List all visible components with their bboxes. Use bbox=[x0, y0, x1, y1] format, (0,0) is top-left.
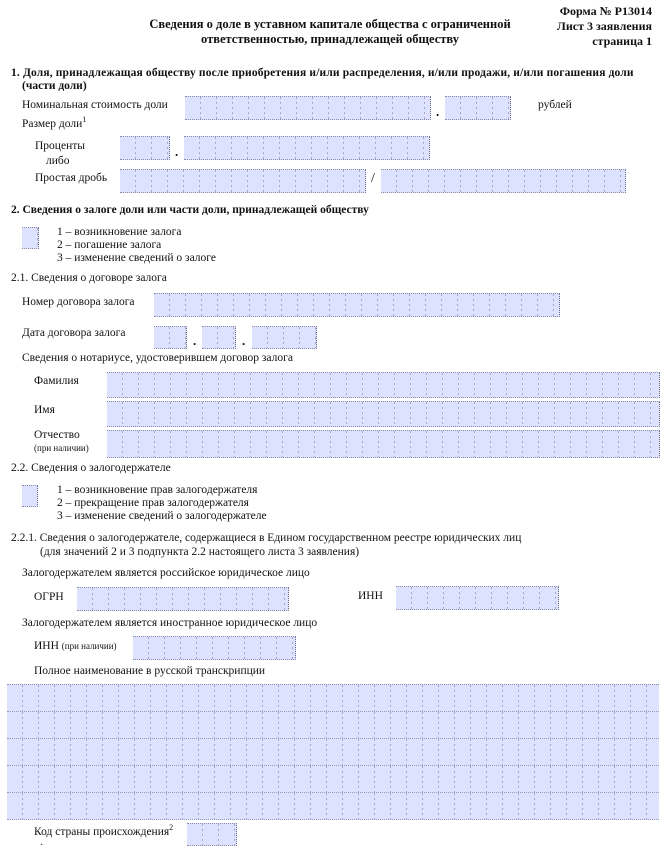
patronymic-label: Отчество bbox=[34, 429, 80, 441]
notary-heading: Сведения о нотариусе, удостоверившем дог… bbox=[22, 352, 293, 364]
surname-label: Фамилия bbox=[34, 375, 79, 387]
pledgee-code-field[interactable] bbox=[22, 485, 38, 507]
pledge-code-options: 1 – возникновение залога 2 – погашение з… bbox=[57, 226, 216, 265]
page-title-line-1: Сведения о доле в уставном капитале обще… bbox=[115, 17, 545, 32]
contract-date-label: Дата договора залога bbox=[22, 327, 125, 339]
pledgee-code-options: 1 – возникновение прав залогодержателя 2… bbox=[57, 484, 267, 523]
percent-label: Проценты bbox=[35, 140, 85, 152]
pledge-option-2: 2 – погашение залога bbox=[57, 239, 216, 252]
foreign-entity-label: Залогодержателем является иностранное юр… bbox=[22, 617, 317, 629]
section-2-1-heading: 2.1. Сведения о договоре залога bbox=[11, 272, 167, 284]
inn-field[interactable] bbox=[396, 586, 559, 610]
form-number-block: Форма № Р13014 Лист 3 заявления страница… bbox=[557, 4, 652, 49]
stray-dot: · bbox=[40, 840, 43, 851]
fraction-numerator-field[interactable] bbox=[120, 169, 366, 193]
name-label: Имя bbox=[34, 404, 55, 416]
contract-date-month-field[interactable] bbox=[202, 326, 236, 349]
russian-entity-label: Залогодержателем является российское юри… bbox=[22, 567, 310, 579]
pledgee-option-2: 2 – прекращение прав залогодержателя bbox=[57, 497, 267, 510]
percent-decimal-separator: . bbox=[175, 144, 178, 160]
sheet-label: Лист 3 заявления bbox=[557, 19, 652, 34]
fraction-slash: / bbox=[371, 171, 375, 187]
foreign-inn-text: ИНН bbox=[34, 640, 59, 652]
section-1-heading: 1. Доля, принадлежащая обществу после пр… bbox=[11, 67, 634, 79]
nominal-value-label: Номинальная стоимость доли bbox=[22, 99, 168, 111]
notary-name-field[interactable] bbox=[107, 401, 660, 427]
footnote-2-marker: 2 bbox=[169, 823, 173, 832]
country-code-label: Код страны происхождения2 bbox=[34, 826, 173, 838]
section-1-heading-cont: (части доли) bbox=[22, 80, 87, 92]
date-separator-2: . bbox=[242, 333, 245, 349]
nominal-decimal-separator: . bbox=[436, 104, 439, 120]
page-label: страница 1 bbox=[557, 34, 652, 49]
share-size-label: Размер доли1 bbox=[22, 118, 86, 130]
percent-fraction-field[interactable] bbox=[184, 136, 430, 160]
pledge-option-3: 3 – изменение сведений о залоге bbox=[57, 252, 216, 265]
section-2-2-1-subheading: (для значений 2 и 3 подпункта 2.2 настоя… bbox=[40, 546, 359, 558]
fraction-denominator-field[interactable] bbox=[381, 169, 626, 193]
contract-number-label: Номер договора залога bbox=[22, 296, 135, 308]
date-separator-1: . bbox=[193, 333, 196, 349]
section-1-heading-line-1: 1. Доля, принадлежащая обществу после пр… bbox=[11, 67, 634, 79]
or-label: либо bbox=[46, 155, 70, 167]
pledgee-option-3: 3 – изменение сведений о залогодержателе bbox=[57, 510, 267, 523]
notary-patronymic-field[interactable] bbox=[107, 430, 660, 458]
nominal-unit-label: рублей bbox=[538, 99, 572, 111]
contract-date-day-field[interactable] bbox=[154, 326, 187, 349]
foreign-inn-label: ИНН (при наличии) bbox=[34, 640, 117, 652]
contract-number-field[interactable] bbox=[154, 293, 560, 317]
simple-fraction-label: Простая дробь bbox=[35, 172, 107, 184]
section-2-2-heading: 2.2. Сведения о залогодержателе bbox=[11, 462, 171, 474]
country-code-text: Код страны происхождения bbox=[34, 826, 169, 838]
section-2-2-1-heading: 2.2.1. Сведения о залогодержателе, содер… bbox=[11, 532, 521, 544]
form-number: Форма № Р13014 bbox=[557, 4, 652, 19]
pledgee-option-1: 1 – возникновение прав залогодержателя bbox=[57, 484, 267, 497]
pledge-option-1: 1 – возникновение залога bbox=[57, 226, 216, 239]
notary-surname-field[interactable] bbox=[107, 372, 660, 398]
patronymic-note: (при наличии) bbox=[34, 443, 89, 453]
pledge-code-field[interactable] bbox=[22, 227, 39, 249]
share-size-text: Размер доли bbox=[22, 118, 82, 130]
percent-integer-field[interactable] bbox=[120, 136, 170, 160]
foreign-inn-field[interactable] bbox=[133, 636, 296, 660]
nominal-integer-field[interactable] bbox=[185, 96, 431, 120]
nominal-fraction-field[interactable] bbox=[445, 96, 511, 120]
foreign-inn-note: (при наличии) bbox=[62, 641, 117, 651]
ogrn-field[interactable] bbox=[77, 587, 289, 611]
ogrn-label: ОГРН bbox=[34, 591, 64, 603]
page-title: Сведения о доле в уставном капитале обще… bbox=[115, 17, 545, 47]
footnote-1-marker: 1 bbox=[82, 115, 86, 124]
full-name-label: Полное наименование в русской транскрипц… bbox=[34, 665, 265, 677]
page-title-line-2: ответственностью, принадлежащей обществу bbox=[115, 32, 545, 47]
section-2-heading: 2. Сведения о залоге доли или части доли… bbox=[11, 204, 369, 216]
full-name-field[interactable] bbox=[7, 684, 659, 820]
contract-date-year-field[interactable] bbox=[252, 326, 317, 349]
inn-label: ИНН bbox=[358, 590, 383, 602]
country-code-field[interactable] bbox=[187, 823, 237, 846]
